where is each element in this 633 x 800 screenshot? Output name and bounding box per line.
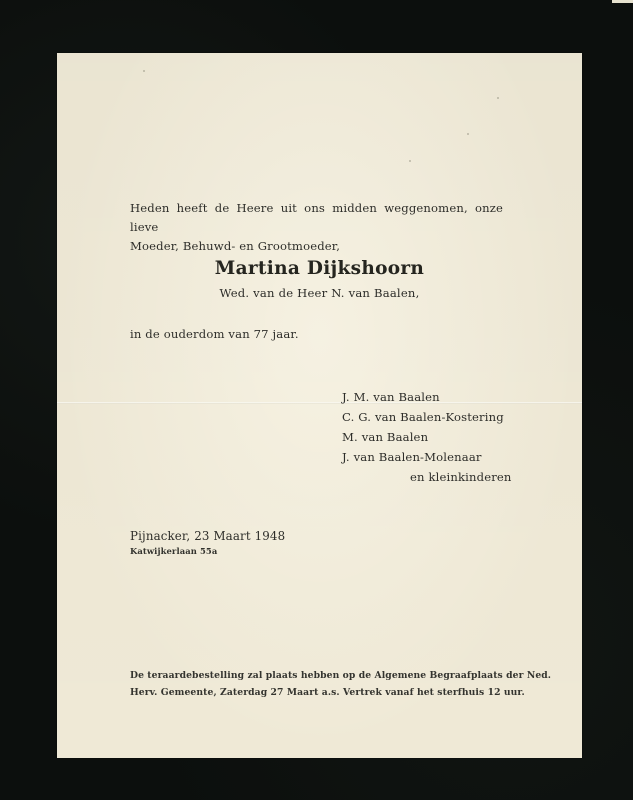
deceased-name: Martina Dijkshoorn (57, 258, 582, 279)
intro-line: Heden heeft de Heere uit ons midden wegg… (130, 199, 503, 237)
family-member: M. van Baalen (342, 427, 512, 447)
deceased-name-text: Martina Dijkshoorn (215, 258, 424, 279)
announcement-card: Heden heeft de Heere uit ons midden wegg… (57, 53, 582, 758)
family-member: C. G. van Baalen-Kostering (342, 407, 512, 427)
place-date: Pijnacker, 23 Maart 1948 (130, 527, 285, 546)
widow-of-line: Wed. van de Heer N. van Baalen, (57, 286, 582, 300)
family-member: J. van Baalen-Molenaar (342, 447, 512, 467)
age-line: in de ouderdom van 77 jaar. (130, 325, 299, 344)
address: Katwijkerlaan 55a (130, 546, 217, 556)
paper-speck (497, 97, 499, 99)
intro-line: Moeder, Behuwd- en Grootmoeder, (130, 237, 503, 256)
funeral-notice-line: Herv. Gemeente, Zaterdag 27 Maart a.s. V… (130, 684, 501, 701)
paper-speck (409, 160, 411, 162)
intro-paragraph: Heden heeft de Heere uit ons midden wegg… (130, 199, 503, 256)
paper-speck (143, 70, 145, 72)
paper-speck (467, 133, 469, 135)
grandchildren-line: en kleinkinderen (342, 467, 512, 487)
paper-edge-strip (612, 0, 633, 3)
funeral-notice-line: De teraardebestelling zal plaats hebben … (130, 667, 501, 684)
family-list: J. M. van Baalen C. G. van Baalen-Koster… (342, 387, 512, 487)
family-member: J. M. van Baalen (342, 387, 512, 407)
funeral-notice: De teraardebestelling zal plaats hebben … (130, 667, 501, 701)
